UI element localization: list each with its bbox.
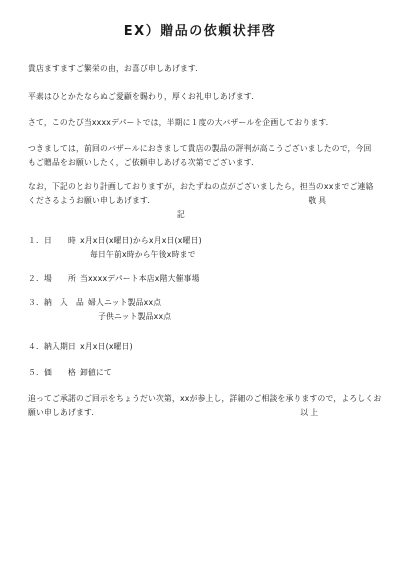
- request-paragraph-line-1: つきましては，前回のバザールにおきまして貴店の製品の評判が高こうございましたので…: [28, 142, 372, 156]
- list-item-delivery-goods-value: 婦人ニット製品xx点 子供ニット製品xx点: [88, 296, 171, 324]
- list-item-price-label: ５．価 格: [28, 366, 76, 380]
- ki-marker: 記: [28, 208, 372, 222]
- note-paragraph-line-2-text: くださるようお願い申しあげます．: [28, 194, 155, 208]
- list-item-datetime-value-line-2: 毎日午前x時から午後x時まで: [80, 248, 202, 262]
- list-item-price-value-line-1: 卸値にて: [80, 366, 112, 380]
- list-item-delivery-date-label: ４．納入期日: [28, 340, 76, 354]
- closing-paragraph-line-2-text: 願い申しあげます．: [28, 406, 99, 420]
- closing-paragraph: 追ってご承諾のご回示をちょうだい次第，xxが参上し，詳細のご相談を承りますので，…: [28, 392, 372, 420]
- closing-paragraph-line-1: 追ってご承諾のご回示をちょうだい次第，xxが参上し，詳細のご相談を承りますので，…: [28, 392, 372, 406]
- list-item-price: ５．価 格 卸値にて: [28, 366, 372, 380]
- intro-paragraph: さて，このたび当xxxxデパートでは，半期に１度の大バザールを企画しております．: [28, 116, 372, 130]
- list-item-delivery-date-value-line-1: x月x日(x曜日): [80, 340, 133, 354]
- list-item-delivery-goods-label: ３．納 入 品: [28, 296, 84, 310]
- note-paragraph-line-2: くださるようお願い申しあげます． 敬具: [28, 194, 372, 208]
- document-page: EX）贈品の依頼状拝啓 貴店ますますご繁栄の由，お喜び申しあげます． 平素はひと…: [0, 0, 400, 565]
- list-item-place-value: 当xxxxデパート本店x階大催事場: [80, 272, 200, 286]
- list-item-place-value-line-1: 当xxxxデパート本店x階大催事場: [80, 272, 200, 286]
- list-item-datetime-value-line-1: x月x日(x曜日)からx月x日(x曜日): [80, 234, 202, 248]
- list-item-place-label: ２．場 所: [28, 272, 76, 286]
- closing-paragraph-line-2: 願い申しあげます． 以上: [28, 406, 372, 420]
- greeting-paragraph: 貴店ますますご繁栄の由，お喜び申しあげます．: [28, 62, 372, 76]
- thanks-paragraph: 平素はひとかたならぬご愛顧を賜わり，厚くお礼申しあげます．: [28, 90, 372, 104]
- ijou-closing-word: 以上: [300, 406, 320, 420]
- list-item-datetime: １．日 時 x月x日(x曜日)からx月x日(x曜日) 毎日午前x時から午後x時ま…: [28, 234, 372, 262]
- request-paragraph-line-2: もご贈品をお願いしたく，ご依頼申しあげる次第でございます．: [28, 156, 372, 170]
- list-item-delivery-goods-value-line-1: 婦人ニット製品xx点: [88, 296, 171, 310]
- note-paragraph-line-1: なお，下記のとおり計画しておりますが，おたずねの点がございましたら，担当のxxま…: [28, 180, 372, 194]
- note-paragraph: なお，下記のとおり計画しておりますが，おたずねの点がございましたら，担当のxxま…: [28, 180, 372, 208]
- list-item-delivery-date-value: x月x日(x曜日): [80, 340, 133, 354]
- list-item-datetime-value: x月x日(x曜日)からx月x日(x曜日) 毎日午前x時から午後x時まで: [80, 234, 202, 262]
- details-list: １．日 時 x月x日(x曜日)からx月x日(x曜日) 毎日午前x時から午後x時ま…: [28, 234, 372, 380]
- list-item-datetime-label: １．日 時: [28, 234, 76, 248]
- document-title: EX）贈品の依頼状拝啓: [28, 24, 372, 40]
- list-item-price-value: 卸値にて: [80, 366, 112, 380]
- list-item-delivery-goods-value-line-2: 子供ニット製品xx点: [88, 310, 171, 324]
- request-paragraph: つきましては，前回のバザールにおきまして貴店の製品の評判が高こうございましたので…: [28, 142, 372, 170]
- list-item-delivery-goods: ３．納 入 品 婦人ニット製品xx点 子供ニット製品xx点: [28, 296, 372, 324]
- keigu-closing-word: 敬具: [308, 194, 328, 208]
- list-item-place: ２．場 所 当xxxxデパート本店x階大催事場: [28, 272, 372, 286]
- list-item-delivery-date: ４．納入期日 x月x日(x曜日): [28, 340, 372, 354]
